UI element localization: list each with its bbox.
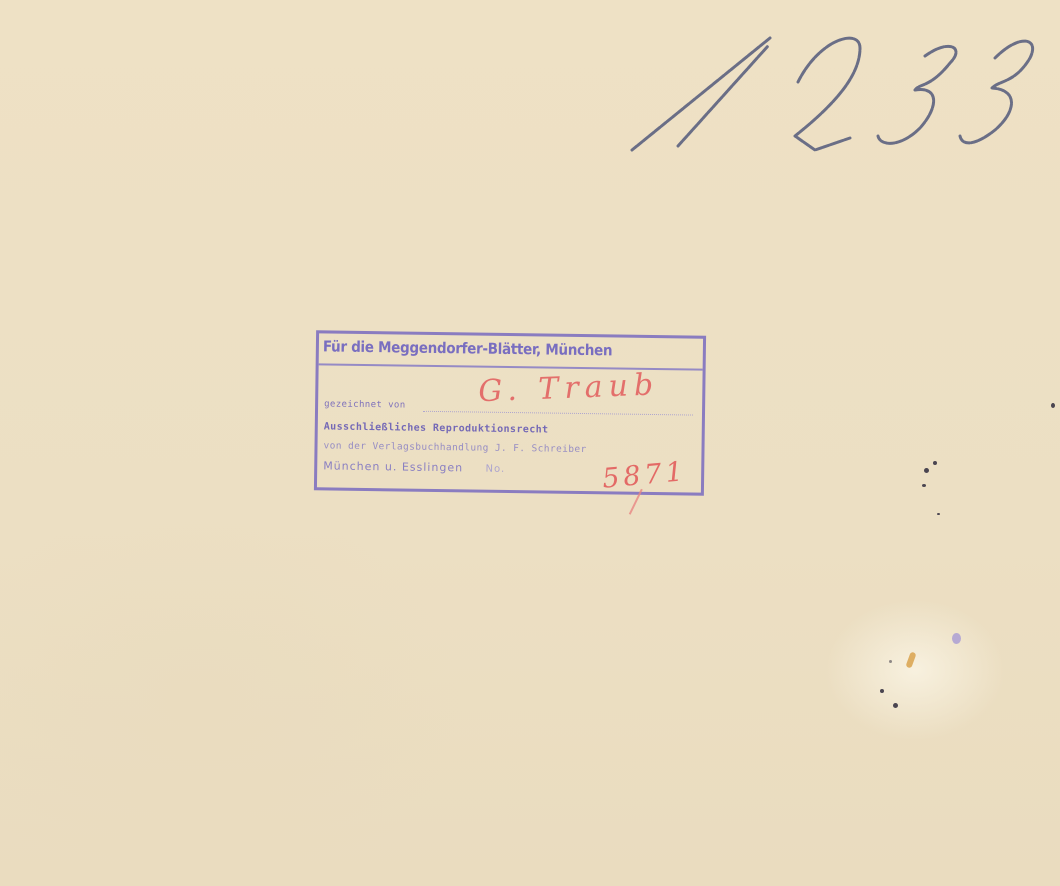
- handwritten-inventory-number: 1233: [620, 18, 1050, 168]
- pencil-numerals-graphic: 1233: [620, 18, 1050, 168]
- publisher-stamp: Für die Meggendorfer-Blätter, München ge…: [314, 330, 706, 495]
- stamp-publisher-line: von der Verlagsbuchhandlung J. F. Schrei…: [323, 440, 586, 455]
- stain-purple-dot: [952, 633, 961, 644]
- artist-signature: G. Traub: [478, 367, 660, 409]
- ink-speck: [880, 689, 884, 693]
- stamp-number-value: 5871: [601, 456, 688, 495]
- ink-speck: [937, 513, 940, 515]
- ink-speck: [893, 703, 898, 708]
- stamp-title: Für die Meggendorfer-Blätter, München: [323, 337, 699, 360]
- stamp-place: München u. Esslingen: [323, 459, 463, 474]
- stamp-number-label: No.: [486, 464, 506, 475]
- stamp-drawn-by-label: gezeichnet von: [324, 399, 406, 410]
- ink-speck: [924, 468, 929, 473]
- stamp-rights-line: Ausschließliches Reproduktionsrecht: [324, 421, 549, 435]
- svg-text:1233: 1233: [620, 18, 623, 19]
- ink-speck: [1051, 403, 1055, 408]
- ink-speck: [922, 484, 926, 487]
- signature-dotted-line: [423, 411, 693, 416]
- ink-speck: [889, 660, 892, 663]
- stamp-place-line: München u. Esslingen No.: [323, 459, 505, 475]
- ink-speck: [933, 461, 937, 465]
